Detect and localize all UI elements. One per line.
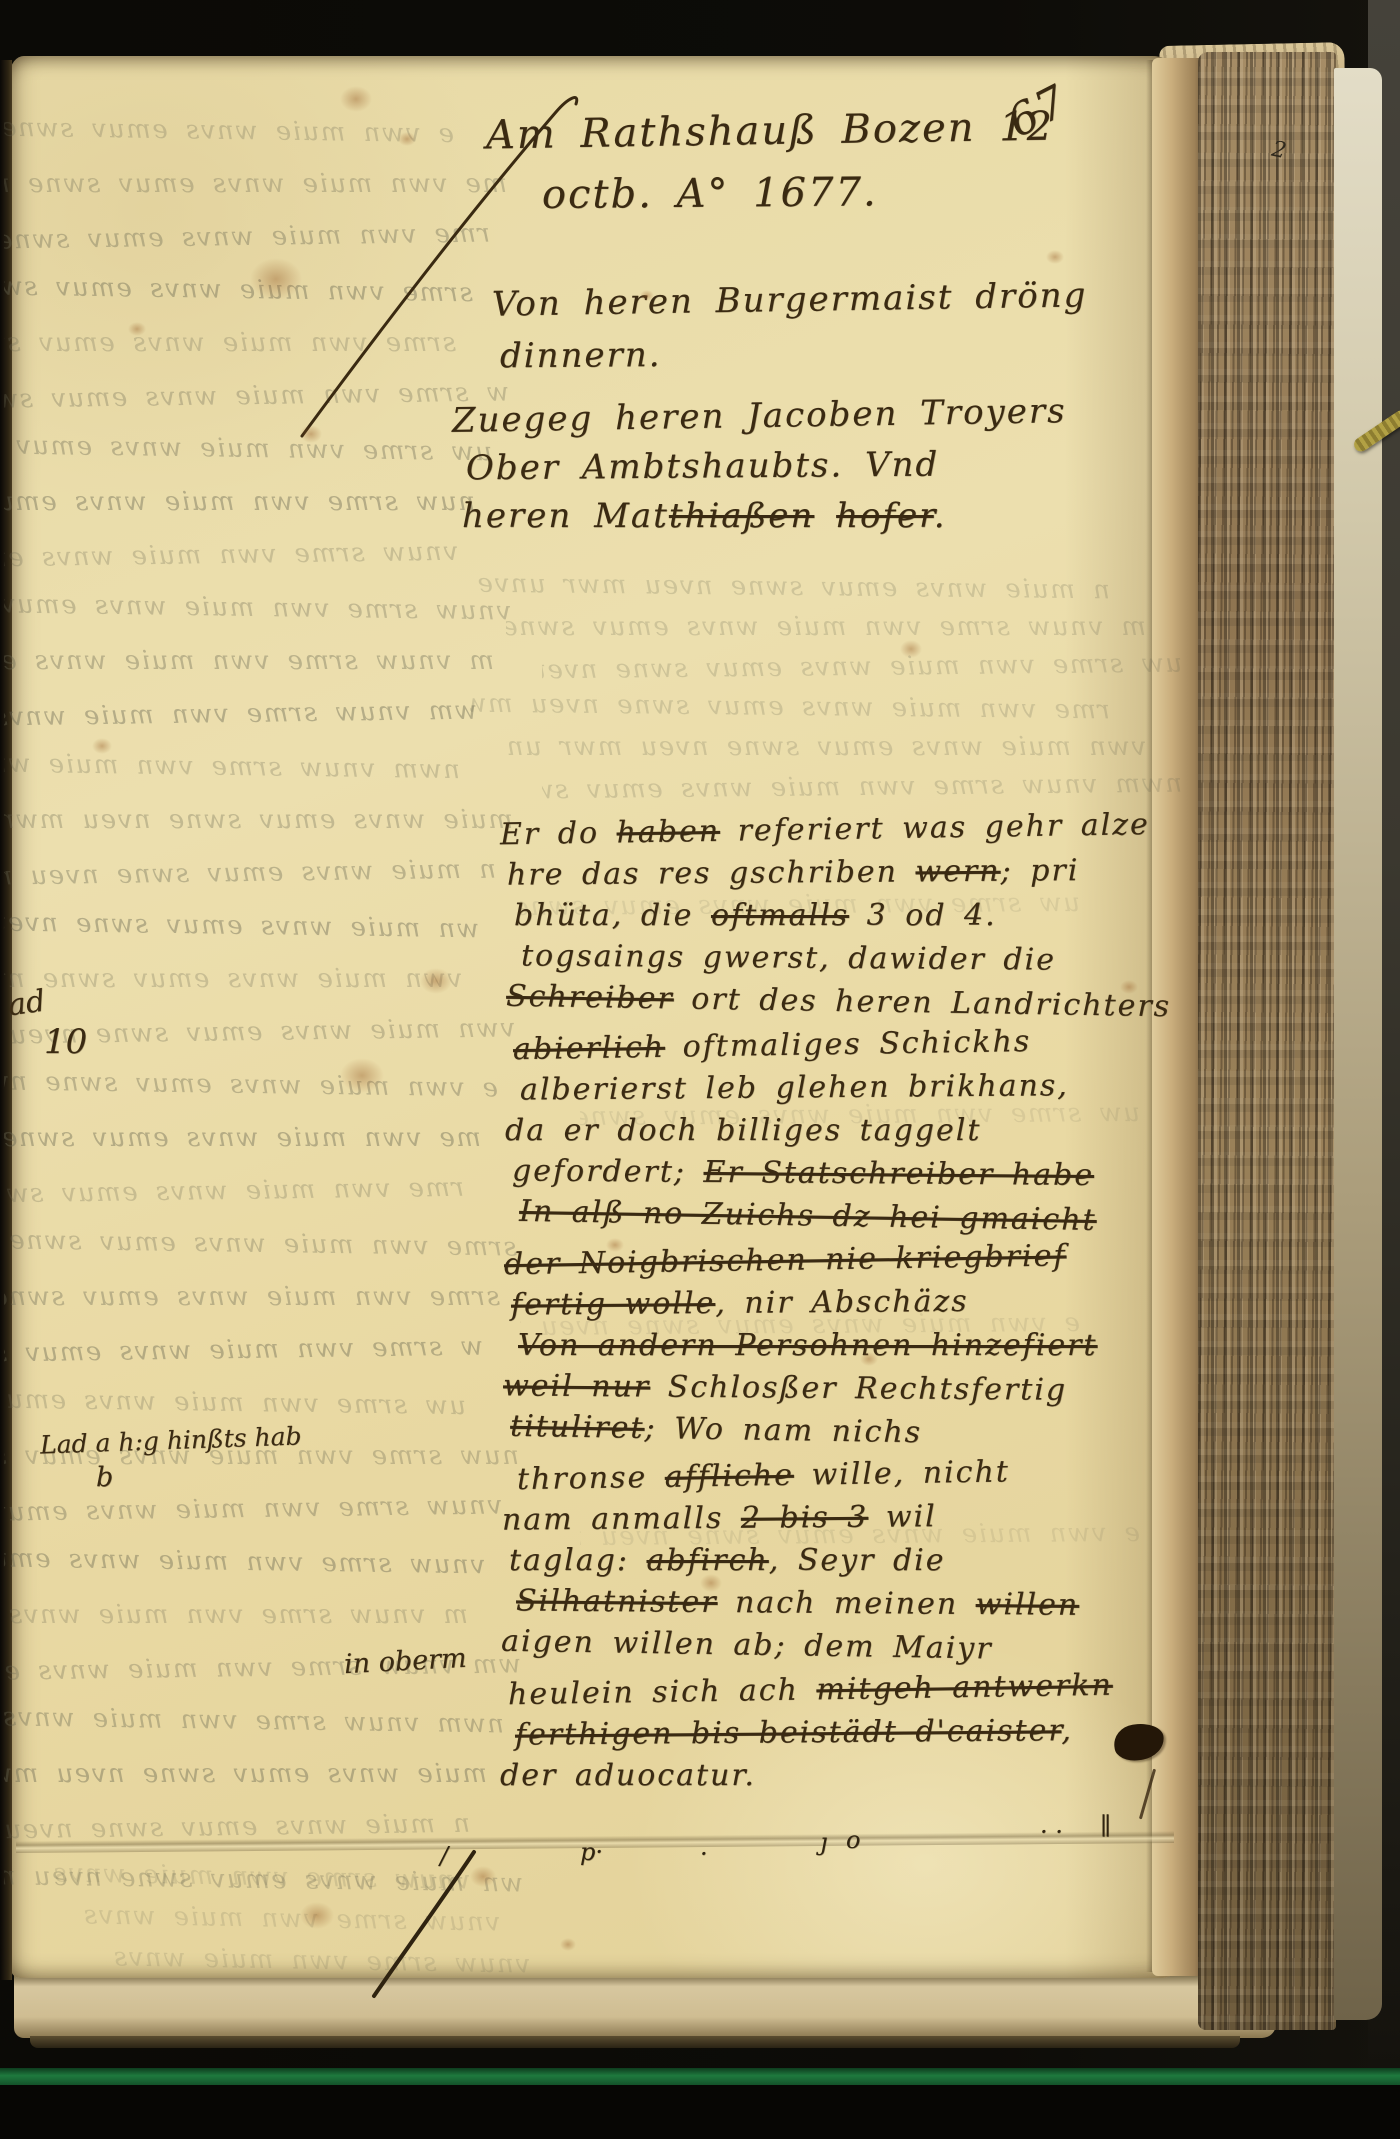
handwritten-line: dinnern. [500,332,1088,391]
handwritten-line: heulein sich ach mitgeh antwerkn [508,1667,1172,1720]
handwritten-line: hre das res gschriben wern; pri [507,852,1171,900]
bleed-through-line: muie wnvs emuv swne nveu mwr unve smw nu… [4,1759,487,1789]
foxing-spot [340,1058,384,1093]
bleed-through-line: me vwn muie wnvs emuv swne nveu mwr unve… [4,1123,481,1153]
heading-block: Am Rathshauß Bozen 12octb. A° 1677. [486,108,1054,232]
under-page-edge [14,1972,1276,2038]
handwritten-line: abierlich oftmaliges Schickhs [513,1022,1172,1075]
handwritten-line: fertig wolle, nir Abschäzs [511,1282,1171,1330]
handwritten-line: da er doch billiges taggelt [505,1113,1171,1156]
handwritten-line: bhüta, die oftmalls 3 od 4. [514,898,1171,941]
bleed-through-line: uw srme vwn muie wnvs emuv swne nveu mwr… [4,1385,466,1421]
bleed-through-line: m vnuw srme vwn muie wnvs emuv swne nveu… [506,612,1146,642]
fold-mark: ȷ [820,1828,827,1856]
bleed-through-line: m vnuw srme vwn muie wnvs emuv swne nveu… [4,1600,468,1630]
margin-note-left-sub: b [96,1462,113,1493]
margin-note-number: 10 [44,1022,87,1062]
foxing-spot [420,968,452,994]
book-fore-edge [1198,52,1336,2030]
margin-note-ad: ad [6,984,48,1024]
handwritten-line: togsaings gwerst, dawider die [521,938,1171,986]
bleed-through-line: vnuw srme vwn muie wnvs emuv swne nveu m… [4,537,458,573]
handwritten-line: taglag: abfirch, Seyr die [509,1543,1171,1586]
foxing-spot [700,1574,722,1592]
foxing-spot [900,640,922,658]
handwritten-line: alberierst leb glehen brikhans, [520,1067,1171,1115]
fold-mark: / [440,1842,448,1870]
bleed-through-line: srme vwn muie wnvs emuv swne nveu mwr un… [4,1282,500,1312]
handwritten-line: Zuegeg heren Jacoben Troyers [452,391,1067,451]
handwritten-line: ferthigen bis beistädt d'caister, [515,1712,1171,1760]
background-bottom [0,2085,1400,2139]
handwritten-line: nam anmalls 2 bis 3 wil [502,1497,1171,1545]
bleed-through-line: nwm vnuw srme vwn muie wnvs emuv swne nv… [4,749,460,785]
margin-note-in-oberm: in oberm [343,1643,467,1680]
bleed-through-line: vwn muie wnvs emuv swne nveu mwr unve sm… [506,732,1146,762]
foxing-spot [300,425,322,443]
bleed-through-line: muie wnvs emuv swne nveu mwr unve smw nu… [4,805,513,835]
bleed-through-line: me vwn muie wnvs emuv swne nveu mwr unve… [4,169,507,199]
handwritten-line: Von andern Persohnen hinzefiert [518,1328,1171,1371]
table-green-stripe [0,2068,1400,2085]
fold-mark: · · [1040,1818,1063,1846]
handwritten-line: octb. A° 1677. [542,168,1055,234]
foxing-spot [470,1866,496,1887]
under-page-edge-2 [30,2036,1240,2048]
bleed-through-line: rme vwn muie wnvs emuv swne nveu mwr unv… [4,1173,464,1209]
foxing-spot [300,1902,334,1929]
bleed-through-line: e vwn muie wnvs emuv swne nveu mwr unve [4,113,454,149]
handwritten-line: Ober Ambtshaubts. Vnd [466,444,1067,499]
handwritten-line: heren Matthiaßen hofer. [462,496,1067,546]
back-board-edge [1334,68,1382,2020]
body-text-block: Er do haben referiert was gehr alzehre d… [500,812,1171,1801]
manuscript-photo: e vwn muie wnvs emuv swne nveu mwr unve … [0,0,1400,2139]
bleed-through-line: srme vwn muie wnvs emuv swne nveu mwr un [4,328,456,358]
fold-mark: p· [580,1838,603,1866]
fold-mark: o [846,1826,860,1854]
handwritten-line: Silhatnister nach meinen willen [516,1583,1171,1631]
handwritten-line: der aduocatur. [500,1758,1171,1801]
paragraph-attendees-2: Zuegeg heren Jacoben TroyersOber Ambtsha… [452,396,1067,546]
bleed-through-line: nuw srme vwn muie wnvs emuv swne nveu mw… [4,487,475,517]
fold-mark: ∥ [1100,1812,1111,1840]
foxing-spot [250,258,302,300]
paragraph-attendees-1: Von heren Burgermaist dröngdinnern. [492,280,1087,388]
foxing-spot [340,86,372,112]
bleed-through-line: m vnuw srme vwn muie wnvs emuv swne nveu… [4,646,494,676]
handwritten-line: Am Rathshauß Bozen 12 [486,104,1055,175]
bleed-through-line: vwn muie wnvs emuv swne nveu mwr unve sm… [4,964,462,994]
foxing-spot [92,738,112,754]
handwritten-line: Von heren Burgermaist dröng [492,275,1088,338]
fold-mark: · [700,1840,708,1868]
foxing-spot [560,1938,576,1951]
